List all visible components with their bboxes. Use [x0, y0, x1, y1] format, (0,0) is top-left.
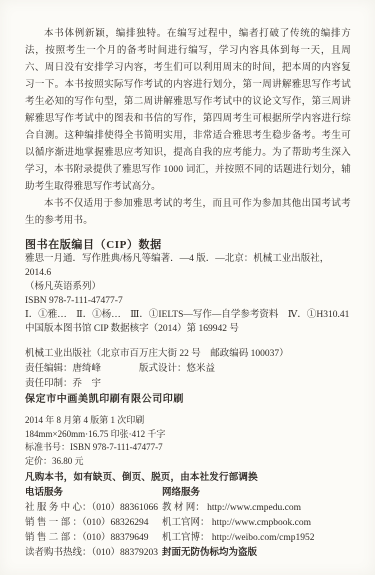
phone-service-column: 电话服务 社 服 务 中 心：（010）88361066 销 售 一 部 ：（0…: [25, 486, 162, 561]
printing-company-line: 保定市中画美凯印刷有限公司印刷: [25, 392, 355, 407]
cip-section: 图书在版编目（CIP）数据 雅思一月通．写作胜典/杨凡等编著．—4 版．—北京：…: [25, 238, 355, 336]
cip-isbn-line: ISBN 978-7-111-47477-7: [25, 294, 355, 308]
cip-classification-line: Ⅰ．①雅… Ⅱ．①杨… Ⅲ．①IELTS—写作—自学参考资料 Ⅳ．①H310.4…: [25, 308, 355, 322]
intro-paragraph-1: 本书体例新颖，编排独特。在编写过程中，编者打破了传统的编排方法，按照考生一个月的…: [25, 26, 351, 196]
network-line-official-site: 机工官网： http://www.cmpbook.com: [162, 516, 367, 531]
service-columns: 电话服务 社 服 务 中 心：（010）88361066 销 售 一 部 ：（0…: [25, 486, 367, 561]
intro-paragraph-2: 本书不仅适用于参加雅思考试的考生，而且可作为参加其他出国考试考生的参考用书。: [25, 196, 351, 230]
phone-line-center: 社 服 务 中 心：（010）88361066: [25, 501, 162, 516]
editor-designer-row: 责任编辑：唐绮峰 版式设计：悠米益: [25, 362, 355, 377]
phone-service-header: 电话服务: [25, 486, 162, 501]
format-line: 184mm×260mm·16.75 印张·412 千字: [25, 428, 165, 442]
cip-record-number-line: 中国版本图书馆 CIP 数据核字（2014）第 169942 号: [25, 322, 355, 336]
publisher-address-line: 机械工业出版社（北京市百万庄大街 22 号 邮政编码 100037）: [25, 347, 355, 362]
cip-citation-line: 雅思一月通．写作胜典/杨凡等编著．—4 版．—北京：机械工业出版社，2014.6: [25, 252, 355, 280]
network-service-header: 网络服务: [162, 486, 367, 501]
print-run-line: 2014 年 8 月第 4 版第 1 次印刷: [25, 414, 165, 428]
cip-series-line: （杨凡英语系列）: [25, 280, 355, 294]
layout-designer: 版式设计：悠米益: [139, 362, 215, 377]
standard-book-number-line: 标准书号：ISBN 978-7-111-47477-7: [25, 441, 165, 455]
network-line-weibo: 机工官博： http://weibo.com/cmp1952: [162, 531, 367, 546]
intro-section: 本书体例新颖，编排独特。在编写过程中，编者打破了传统的编排方法，按照考生一个月的…: [25, 26, 351, 230]
phone-line-sales-1: 销 售 一 部 ：（010）68326294: [25, 516, 162, 531]
service-section: 凡购本书，如有缺页、倒页、脱页，由本社发行部调换 电话服务 社 服 务 中 心：…: [25, 471, 367, 561]
network-line-textbook-site: 教 材 网： http://www.cmpedu.com: [162, 501, 367, 516]
replacement-notice: 凡购本书，如有缺页、倒页、脱页，由本社发行部调换: [25, 471, 367, 486]
cip-heading: 图书在版编目（CIP）数据: [25, 238, 355, 252]
phone-line-sales-2: 销 售 二 部 ：（010）88379649: [25, 531, 162, 546]
scanned-colophon-page: 本书体例新颖，编排独特。在编写过程中，编者打破了传统的编排方法，按照考生一个月的…: [0, 0, 375, 575]
imprint-section: 机械工业出版社（北京市百万庄大街 22 号 邮政编码 100037） 责任编辑：…: [25, 347, 355, 407]
price-line: 定价：36.80 元: [25, 455, 165, 469]
column-spacer: [101, 362, 139, 377]
responsible-editor: 责任编辑：唐绮峰: [25, 362, 101, 377]
network-service-column: 网络服务 教 材 网： http://www.cmpedu.com 机工官网： …: [162, 486, 367, 561]
phone-line-reader-hotline: 读者购书热线：（010）88379203: [25, 546, 162, 561]
anti-piracy-notice: 封面无防伪标均为盗版: [162, 546, 367, 561]
responsible-printer: 责任印制：乔 宇: [25, 377, 355, 392]
edition-section: 2014 年 8 月第 4 版第 1 次印刷 184mm×260mm·16.75…: [25, 414, 165, 468]
